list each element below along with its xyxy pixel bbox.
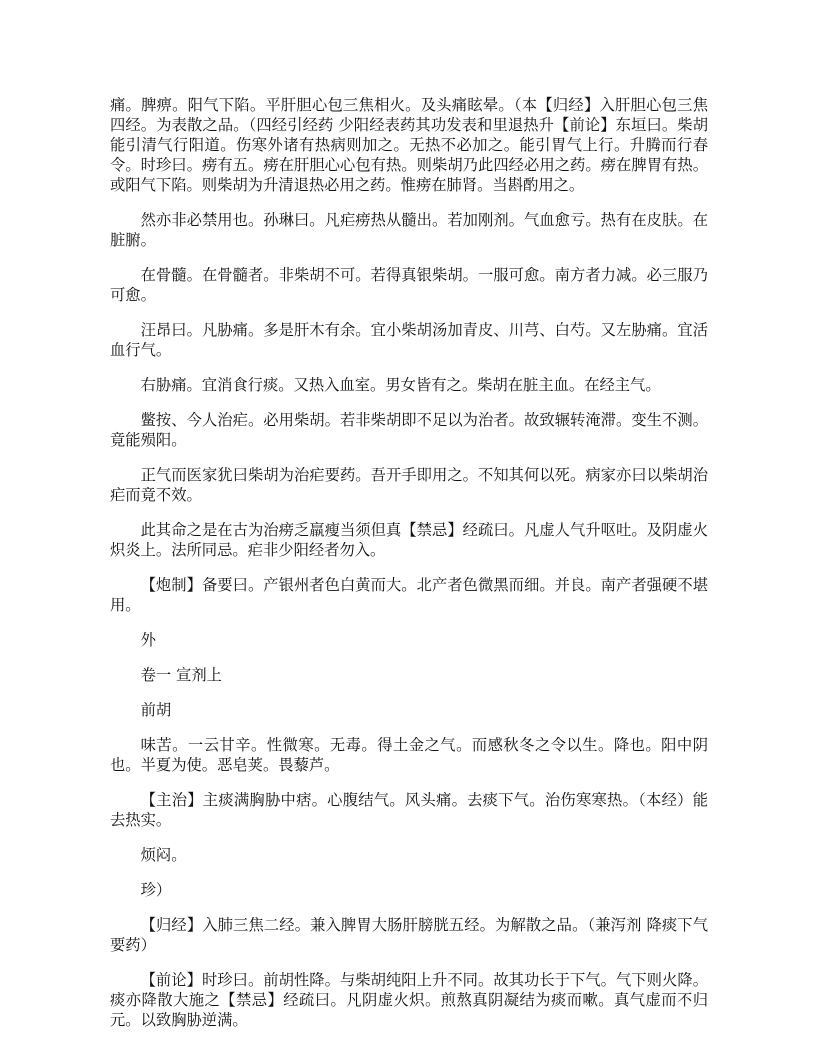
paragraph-10: 外: [110, 630, 708, 650]
paragraph-14: 【主治】主痰满胸胁中痞。心腹结气。风头痛。去痰下气。治伤寒寒热。（本经）能去热实…: [110, 790, 708, 830]
paragraph-7: 正气而医家犹曰柴胡为治疟要药。吾开手即用之。不知其何以死。病家亦曰以柴胡治疟而竟…: [110, 465, 708, 505]
paragraph-3: 在骨髓。在骨髓者。非柴胡不可。若得真银柴胡。一服可愈。南方者力减。必三服乃可愈。: [110, 265, 708, 305]
paragraph-17: 【归经】入肺三焦二经。兼入脾胃大肠肝膀胱五经。为解散之品。（兼泻剂 降痰下气要药…: [110, 915, 708, 955]
paragraph-16: 珍）: [110, 880, 708, 900]
paragraph-9: 【炮制】备要曰。产银州者色白黄而大。北产者色微黑而细。并良。南产者强硬不堪用。: [110, 575, 708, 615]
paragraph-18: 【前论】时珍曰。前胡性降。与柴胡纯阳上升不同。故其功长于下气。气下则火降。痰亦降…: [110, 970, 708, 1030]
paragraph-8: 此其命之是在古为治痨乏羸瘦当须但真【禁忌】经疏曰。凡虚人气升呕吐。及阴虚火炽炎上…: [110, 520, 708, 560]
paragraph-13: 味苦。一云甘辛。性微寒。无毒。得土金之气。而感秋冬之令以生。降也。阳中阴也。半夏…: [110, 735, 708, 775]
paragraph-5: 右胁痛。宜消食行痰。又热入血室。男女皆有之。柴胡在脏主血。在经主气。: [110, 375, 708, 395]
paragraph-2: 然亦非必禁用也。孙琳曰。凡疟痨热从髓出。若加刚剂。气血愈亏。热有在皮肤。在脏腑。: [110, 210, 708, 250]
paragraph-4: 汪昂曰。凡胁痛。多是肝木有余。宜小柴胡汤加青皮、川芎、白芍。又左胁痛。宜活血行气…: [110, 320, 708, 360]
entry-title-qianhu: 前胡: [110, 700, 708, 720]
paragraph-15: 烦闷。: [110, 845, 708, 865]
document-page: 痛。脾痹。阳气下陷。平肝胆心包三焦相火。及头痛眩晕。（本【归经】入肝胆心包三焦四…: [110, 95, 708, 1045]
paragraph-6: 鳖按、今人治疟。必用柴胡。若非柴胡即不足以为治者。故致辗转淹滞。变生不测。竟能殒…: [110, 410, 708, 450]
section-heading-volume: 卷一 宣剂上: [110, 665, 708, 685]
paragraph-1: 痛。脾痹。阳气下陷。平肝胆心包三焦相火。及头痛眩晕。（本【归经】入肝胆心包三焦四…: [110, 95, 708, 195]
